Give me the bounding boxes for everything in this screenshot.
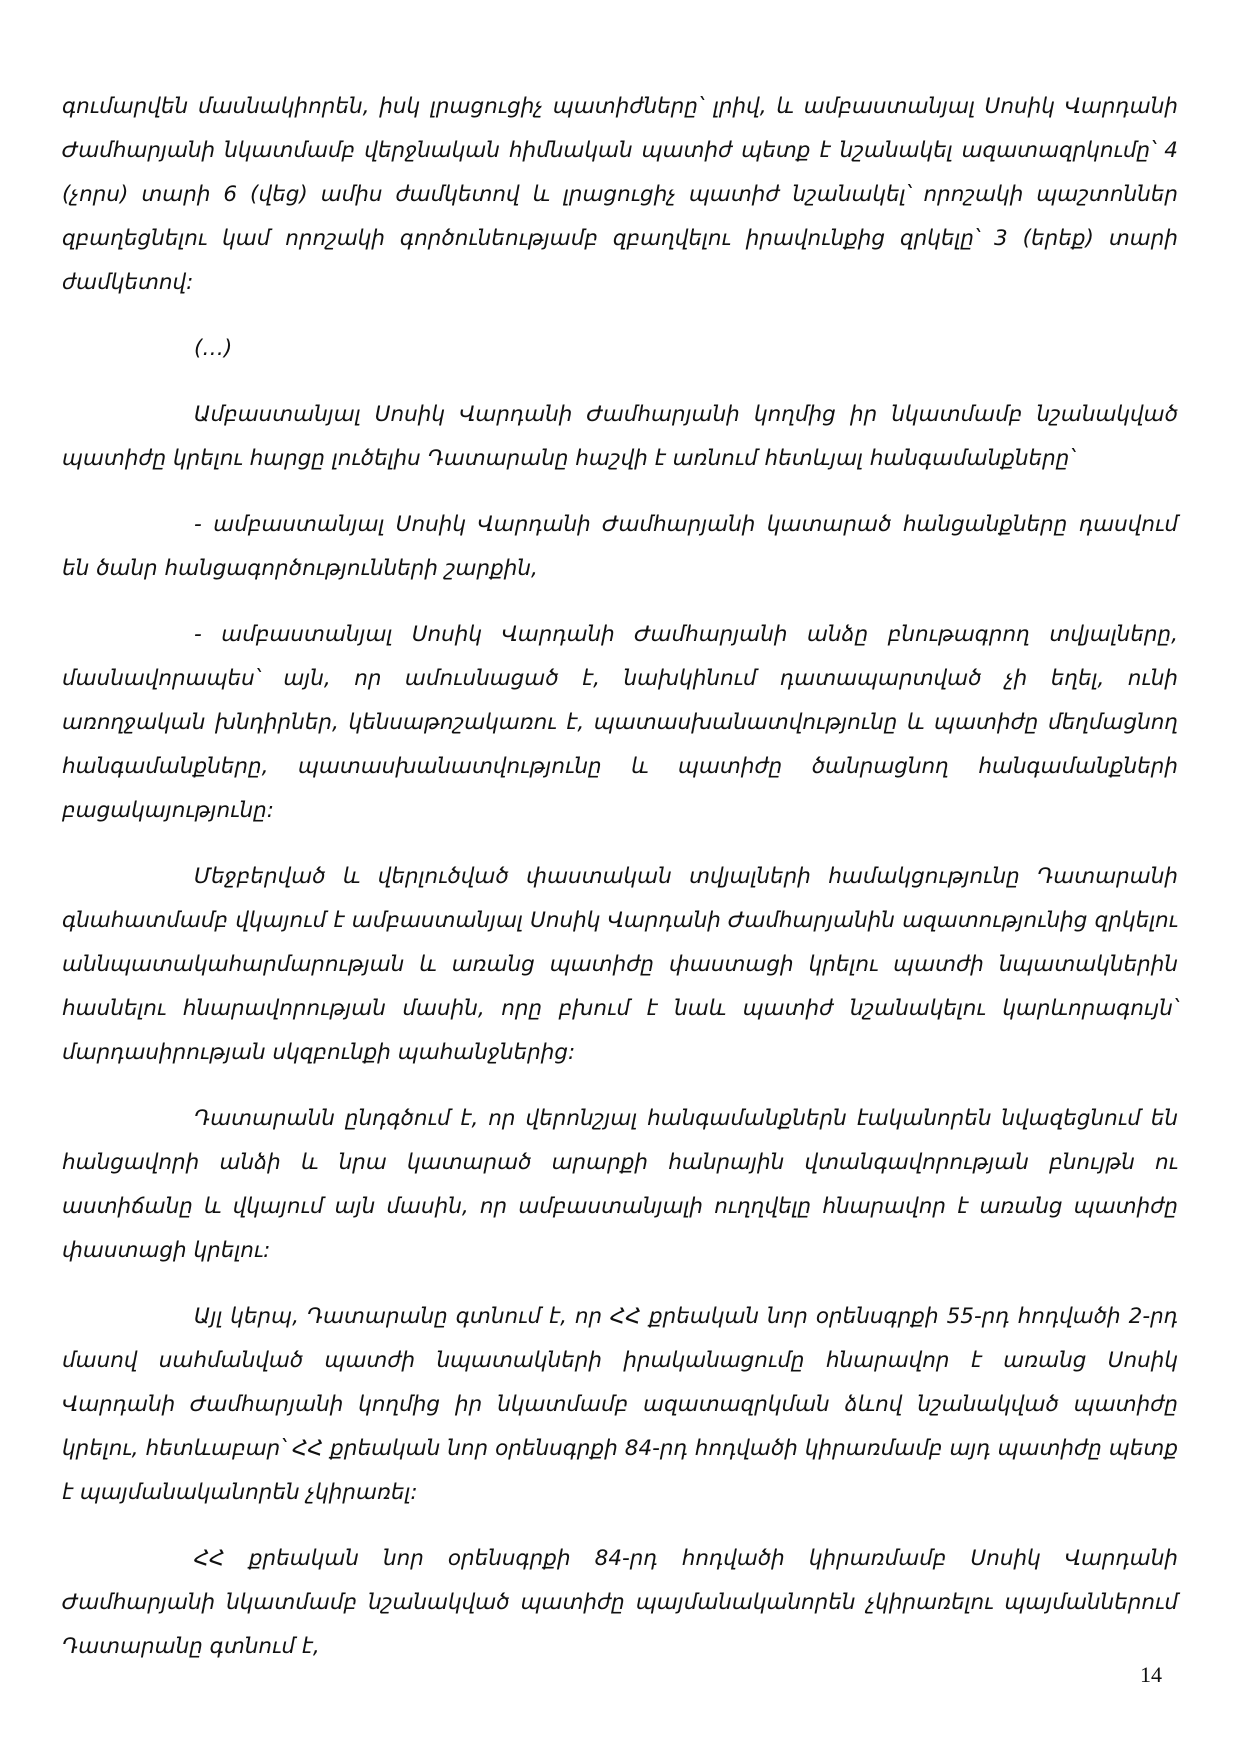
- paragraph-continued: գումարվեն մասնակիորեն, իսկ լրացուցիչ պատ…: [62, 85, 1178, 305]
- document-page: գումարվեն մասնակիորեն, իսկ լրացուցիչ պատ…: [0, 0, 1240, 1755]
- list-item-personal-data: - ամբաստանյալ Սոսիկ Վարդանի Ժամհարյանի ա…: [62, 613, 1178, 833]
- document-body: գումարվեն մասնակիորեն, իսկ լրացուցիչ պատ…: [62, 85, 1178, 1669]
- omission-marker: (…): [62, 327, 1178, 371]
- paragraph-court-emphasis: Դատարանն ընդգծում է, որ վերոնշյալ հանգամ…: [62, 1097, 1178, 1273]
- paragraph-court-finding: Այլ կերպ, Դատարանը գտնում է, որ ՀՀ քրեակ…: [62, 1295, 1178, 1515]
- paragraph-court-assessment: Մեջբերված և վերլուծված փաստական տվյալներ…: [62, 855, 1178, 1075]
- list-item-grave-crimes: - ամբաստանյալ Սոսիկ Վարդանի Ժամհարյանի կ…: [62, 503, 1178, 591]
- paragraph-circumstances-intro: Ամբաստանյալ Սոսիկ Վարդանի Ժամհարյանի կող…: [62, 393, 1178, 481]
- page-number: 14: [1140, 1662, 1162, 1688]
- paragraph-conditional-sentence: ՀՀ քրեական նոր օրենսգրքի 84-րդ հոդվածի կ…: [62, 1537, 1178, 1669]
